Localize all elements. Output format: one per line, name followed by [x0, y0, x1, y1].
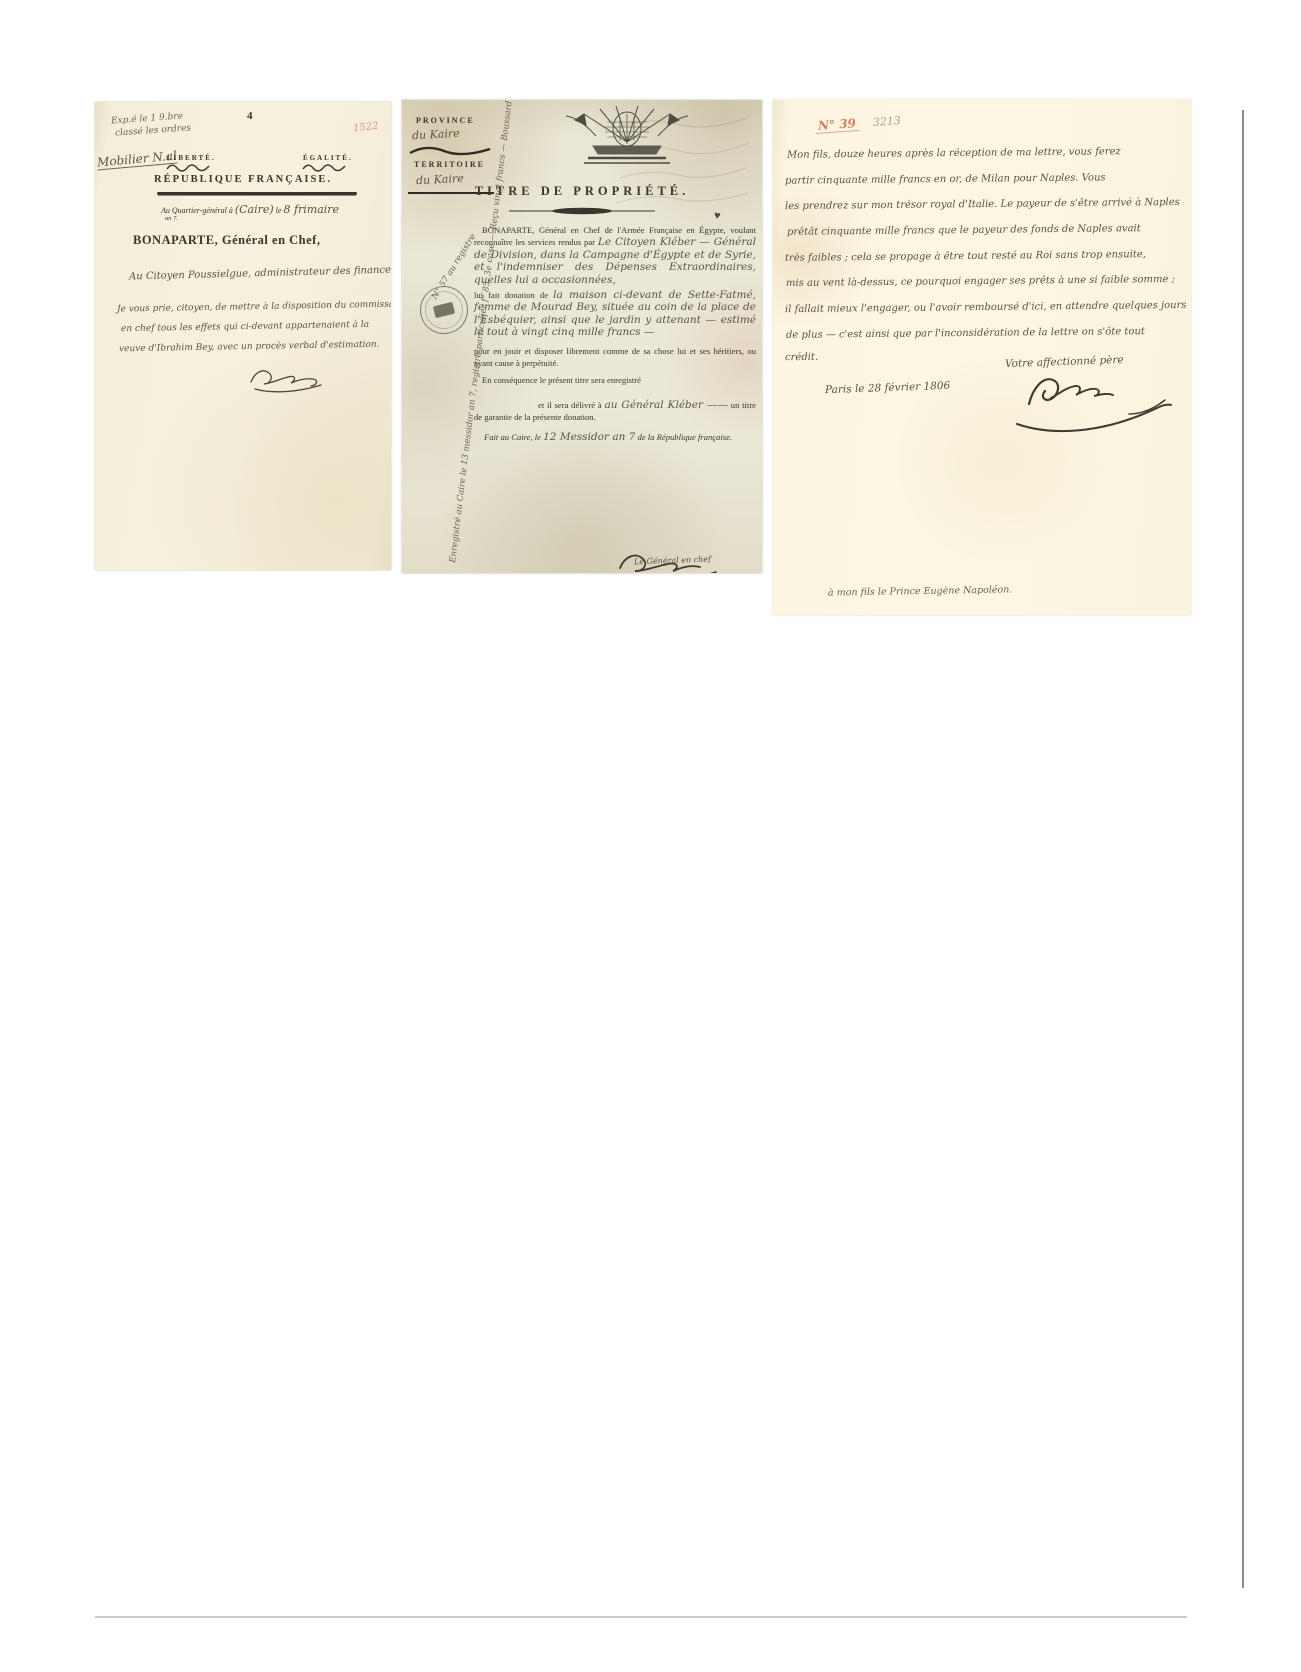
- letter-line: il fallait mieux l'engager, ou l'avoir r…: [785, 300, 1187, 315]
- salutation-script: Au Citoyen Poussielgue, administrateur d…: [129, 265, 391, 283]
- page-number: 4: [247, 110, 253, 122]
- letter-line: très faibles ; cela se propage à être to…: [785, 249, 1146, 264]
- letter-line: partir cinquante mille francs en or, de …: [785, 172, 1106, 186]
- dateline: Au Quartier-général à (Caire) le 8 frima…: [161, 203, 339, 216]
- letter-line: de plus — c'est ainsi que par l'inconsid…: [786, 326, 1145, 341]
- archival-note: classé les ordres: [115, 123, 192, 138]
- red-folio-number: 1522: [352, 121, 378, 135]
- letter-line: prêtât cinquante mille francs que le pay…: [787, 223, 1141, 238]
- letter-line: crédit.: [785, 352, 818, 363]
- document-left-bonaparte-order: Exp.é le 1 9.bre classé les ordres Mobil…: [95, 102, 391, 570]
- letter-address-line: à mon fils le Prince Eugène Napoléon.: [828, 584, 1013, 598]
- bonaparte-signature-scrawl: [245, 360, 345, 394]
- egalite-label: ÉGALITÉ.: [303, 154, 353, 162]
- dateline-printed: Au Quartier-général à: [161, 206, 233, 215]
- body-script-line: en chef tous les effets qui ci-devant ap…: [121, 320, 369, 334]
- deed-print-text: et il sera délivré à: [538, 400, 602, 410]
- body-script-line: Je vous prie, citoyen, de mettre à la di…: [117, 299, 391, 314]
- document-right-napoleon-letter: N° 39 3213 Mon fils, douze heures après …: [773, 100, 1191, 615]
- territoire-label: TERRITOIRE: [414, 160, 485, 169]
- dateline-le: le: [276, 206, 282, 215]
- red-number-stamp-icon: N° 39 3213: [814, 111, 901, 135]
- deed-paragraph: lui fait donation de la maison ci-devant…: [474, 289, 756, 339]
- dateline-an: an 7.: [165, 215, 178, 222]
- letter-place-date: Paris le 28 février 1806: [825, 380, 951, 396]
- flourish-squiggle: [165, 164, 211, 173]
- stamp-number-text: N° 39: [815, 116, 860, 134]
- deed-script-insert: au Général Kléber ——: [604, 399, 728, 411]
- flourish-rule: [408, 146, 492, 158]
- letter-line: les prendrez sur mon trésor royal d'Ital…: [785, 197, 1180, 212]
- dateline-place-script: (Caire): [235, 203, 274, 216]
- deed-script-insert: 12 Messidor an 7: [543, 431, 635, 443]
- horizontal-divider-line: [95, 1616, 1187, 1618]
- deed-print-text: Fait au Caire, le: [484, 432, 541, 442]
- flourish-squiggle: [301, 164, 347, 173]
- province-label: PROVINCE: [416, 116, 475, 125]
- deed-print-text: de la République française.: [638, 432, 733, 442]
- province-value-script: du Kaire: [412, 127, 460, 142]
- body-script-line: veuve d'Ibrahim Bey, avec un procès verb…: [119, 340, 380, 355]
- heading-rule: [157, 192, 357, 195]
- page-canvas: Exp.é le 1 9.bre classé les ordres Mobil…: [0, 0, 1301, 1672]
- deed-paragraph: En conséquence le présent titre sera enr…: [474, 374, 756, 386]
- republique-heading: RÉPUBLIQUE FRANÇAISE.: [95, 174, 391, 185]
- pencil-number-text: 3213: [872, 114, 901, 129]
- deed-paragraph: Fait au Caire, le 12 Messidor an 7 de la…: [474, 431, 756, 443]
- deed-body: BONAPARTE, Général en Chef de l'Armée Fr…: [474, 224, 756, 443]
- vertical-divider-line: [1242, 110, 1244, 1588]
- military-trophy-vignette-icon: [552, 106, 702, 172]
- dateline-date-script: 8 frimaire: [283, 203, 339, 216]
- letter-line: mis au vent là-dessus, ce pourquoi engag…: [786, 274, 1175, 289]
- liberte-label: LIBERTÉ.: [167, 154, 216, 162]
- titre-heading: TITRE DE PROPRIÉTÉ.: [402, 184, 762, 199]
- deed-paragraph: BONAPARTE, Général en Chef de l'Armée Fr…: [474, 224, 756, 286]
- napoleon-signature-scrawl: [1011, 362, 1186, 442]
- document-middle-titre-de-propriete: PROVINCE du Kaire TERRITOIRE du Kaire TI…: [402, 100, 762, 573]
- deed-paragraph: pour en jouir et disposer librement comm…: [474, 345, 756, 370]
- bonaparte-heading: BONAPARTE, Général en Chef,: [133, 233, 320, 248]
- ornamental-rule: [507, 206, 657, 216]
- deed-paragraph: et il sera délivré à au Général Kléber —…: [474, 399, 756, 424]
- letter-line: Mon fils, douze heures après la réceptio…: [787, 146, 1121, 160]
